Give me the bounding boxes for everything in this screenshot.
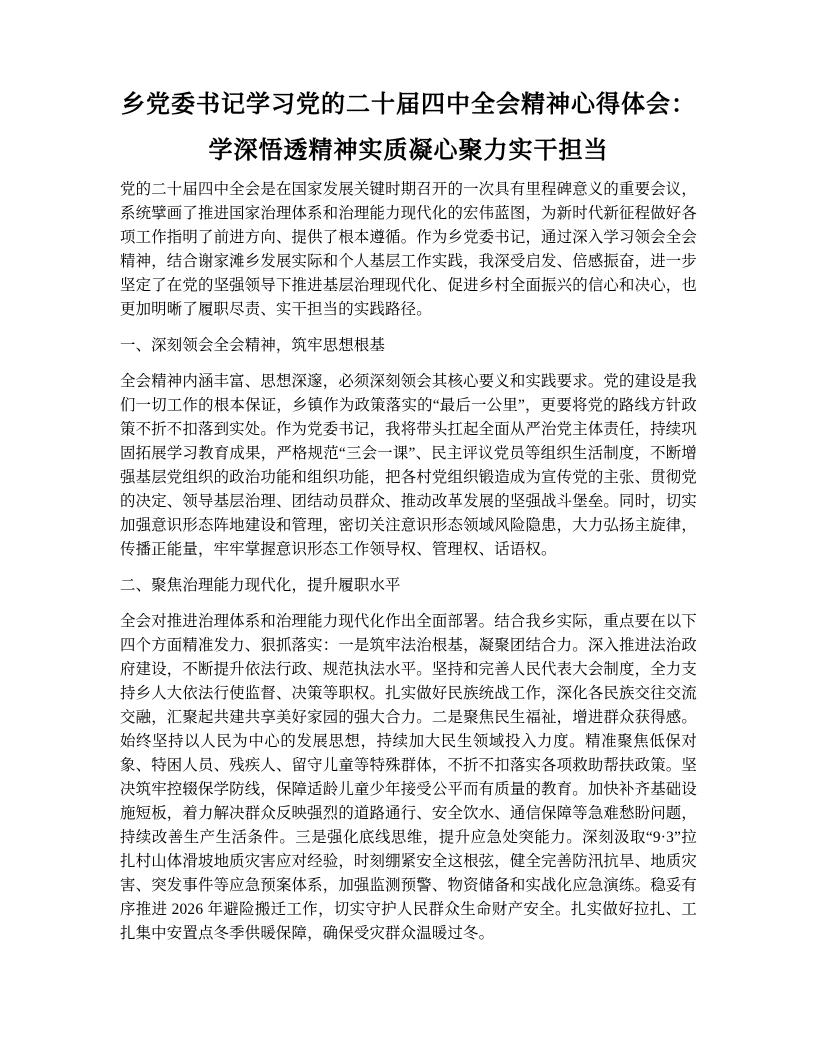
paragraph-intro: 党的二十届四中全会是在国家发展关键时期召开的一次具有里程碑意义的重要会议，系统擘… [120, 178, 697, 322]
document-content: 乡党委书记学习党的二十届四中全会精神心得体会： 学深悟透精神实质凝心聚力实干担当… [0, 0, 816, 946]
section-heading-1: 一、深刻领会全会精神，筑牢思想根基 [120, 334, 697, 358]
paragraph-section-2: 全会对推进治理体系和治理能力现代化作出全面部署。结合我乡实际，重点要在以下四个方… [120, 610, 697, 946]
title-line-2: 学深悟透精神实质凝心聚力实干担当 [120, 128, 697, 174]
paragraph-section-1: 全会精神内涵丰富、思想深邃，必须深刻领会其核心要义和实践要求。党的建设是我们一切… [120, 370, 697, 562]
section-heading-2: 二、聚焦治理能力现代化，提升履职水平 [120, 574, 697, 598]
document-page: 乡党委书记学习党的二十届四中全会精神心得体会： 学深悟透精神实质凝心聚力实干担当… [0, 0, 816, 1056]
document-title: 乡党委书记学习党的二十届四中全会精神心得体会： 学深悟透精神实质凝心聚力实干担当 [120, 82, 697, 174]
title-line-1: 乡党委书记学习党的二十届四中全会精神心得体会： [120, 82, 697, 128]
